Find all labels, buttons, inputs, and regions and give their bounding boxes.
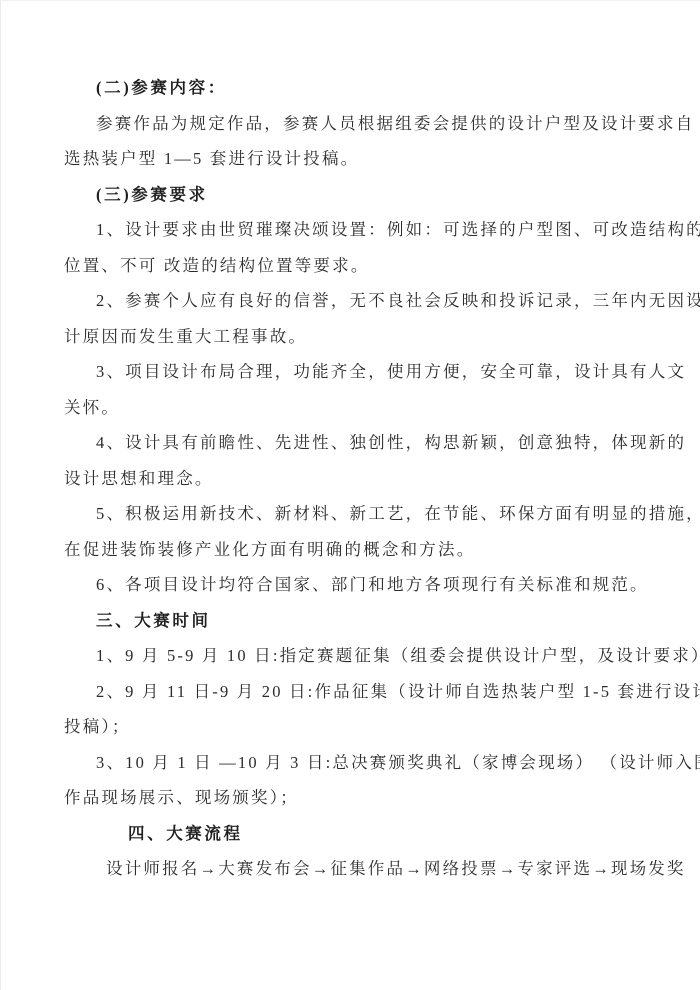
paragraph-line: 关怀。: [64, 390, 650, 426]
requirement-item-1: 1、设计要求由世贸璀璨决颂设置：例如：可选择的户型图、可改造结构的 位置、不可 …: [64, 212, 650, 283]
requirement-item-3: 3、项目设计布局合理，功能齐全，使用方便，安全可靠，设计具有人文 关怀。: [64, 354, 650, 425]
section-heading-3: (三)参赛要求: [64, 177, 650, 213]
heading-text: 三、大赛时间: [64, 603, 650, 639]
heading-text: (三)参赛要求: [64, 177, 650, 213]
paragraph-line: 选热装户型 1—5 套进行设计投稿。: [64, 141, 650, 177]
heading-text: (二)参赛内容：: [64, 70, 650, 106]
paragraph-line: 设计思想和理念。: [64, 461, 650, 497]
process-flow-line: 设计师报名→大赛发布会→征集作品→网络投票→专家评选→现场发奖: [64, 851, 650, 887]
paragraph-line: 1、9 月 5-9 月 10 日:指定赛题征集（组委会提供设计户型，及设计要求）…: [64, 638, 650, 674]
document-page: (二)参赛内容： 参赛作品为规定作品，参赛人员根据组委会提供的设计户型及设计要求…: [0, 0, 700, 990]
paragraph-entry-content: 参赛作品为规定作品，参赛人员根据组委会提供的设计户型及设计要求自 选热装户型 1…: [64, 106, 650, 177]
paragraph-line: 作品现场展示、现场颁奖）；: [64, 780, 650, 816]
paragraph-line: 4、设计具有前瞻性、先进性、独创性，构思新颖，创意独特，体现新的: [64, 425, 650, 461]
requirement-item-2: 2、参赛个人应有良好的信誉，无不良社会反映和投诉记录，三年内无因设 计原因而发生…: [64, 283, 650, 354]
heading-text: 四、大赛流程: [64, 816, 650, 852]
requirement-item-4: 4、设计具有前瞻性、先进性、独创性，构思新颖，创意独特，体现新的 设计思想和理念…: [64, 425, 650, 496]
paragraph-line: 2、参赛个人应有良好的信誉，无不良社会反映和投诉记录，三年内无因设: [64, 283, 650, 319]
paragraph-line: 设计师报名→大赛发布会→征集作品→网络投票→专家评选→现场发奖: [64, 851, 650, 887]
document-content: (二)参赛内容： 参赛作品为规定作品，参赛人员根据组委会提供的设计户型及设计要求…: [1, 1, 700, 887]
section-heading-process: 四、大赛流程: [64, 816, 650, 852]
paragraph-line: 2、9 月 11 日-9 月 20 日:作品征集（设计师自选热装户型 1-5 套…: [64, 674, 650, 710]
schedule-item-1: 1、9 月 5-9 月 10 日:指定赛题征集（组委会提供设计户型，及设计要求）…: [64, 638, 650, 674]
section-heading-time: 三、大赛时间: [64, 603, 650, 639]
paragraph-line: 6、各项目设计均符合国家、部门和地方各项现行有关标准和规范。: [64, 567, 650, 603]
requirement-item-5: 5、积极运用新技术、新材料、新工艺，在节能、环保方面有明显的措施， 在促进装饰装…: [64, 496, 650, 567]
schedule-item-2: 2、9 月 11 日-9 月 20 日:作品征集（设计师自选热装户型 1-5 套…: [64, 674, 650, 745]
paragraph-line: 投稿）；: [64, 709, 650, 745]
section-heading-2: (二)参赛内容：: [64, 70, 650, 106]
paragraph-line: 3、项目设计布局合理，功能齐全，使用方便，安全可靠，设计具有人文: [64, 354, 650, 390]
paragraph-line: 1、设计要求由世贸璀璨决颂设置：例如：可选择的户型图、可改造结构的: [64, 212, 650, 248]
paragraph-line: 参赛作品为规定作品，参赛人员根据组委会提供的设计户型及设计要求自: [64, 106, 650, 142]
paragraph-line: 位置、不可 改造的结构位置等要求。: [64, 248, 650, 284]
paragraph-line: 5、积极运用新技术、新材料、新工艺，在节能、环保方面有明显的措施，: [64, 496, 650, 532]
paragraph-line: 3、10 月 1 日 —10 月 3 日:总决赛颁奖典礼（家博会现场） （设计师…: [64, 745, 650, 781]
schedule-item-3: 3、10 月 1 日 —10 月 3 日:总决赛颁奖典礼（家博会现场） （设计师…: [64, 745, 650, 816]
paragraph-line: 计原因而发生重大工程事故。: [64, 319, 650, 355]
paragraph-line: 在促进装饰装修产业化方面有明确的概念和方法。: [64, 532, 650, 568]
requirement-item-6: 6、各项目设计均符合国家、部门和地方各项现行有关标准和规范。: [64, 567, 650, 603]
